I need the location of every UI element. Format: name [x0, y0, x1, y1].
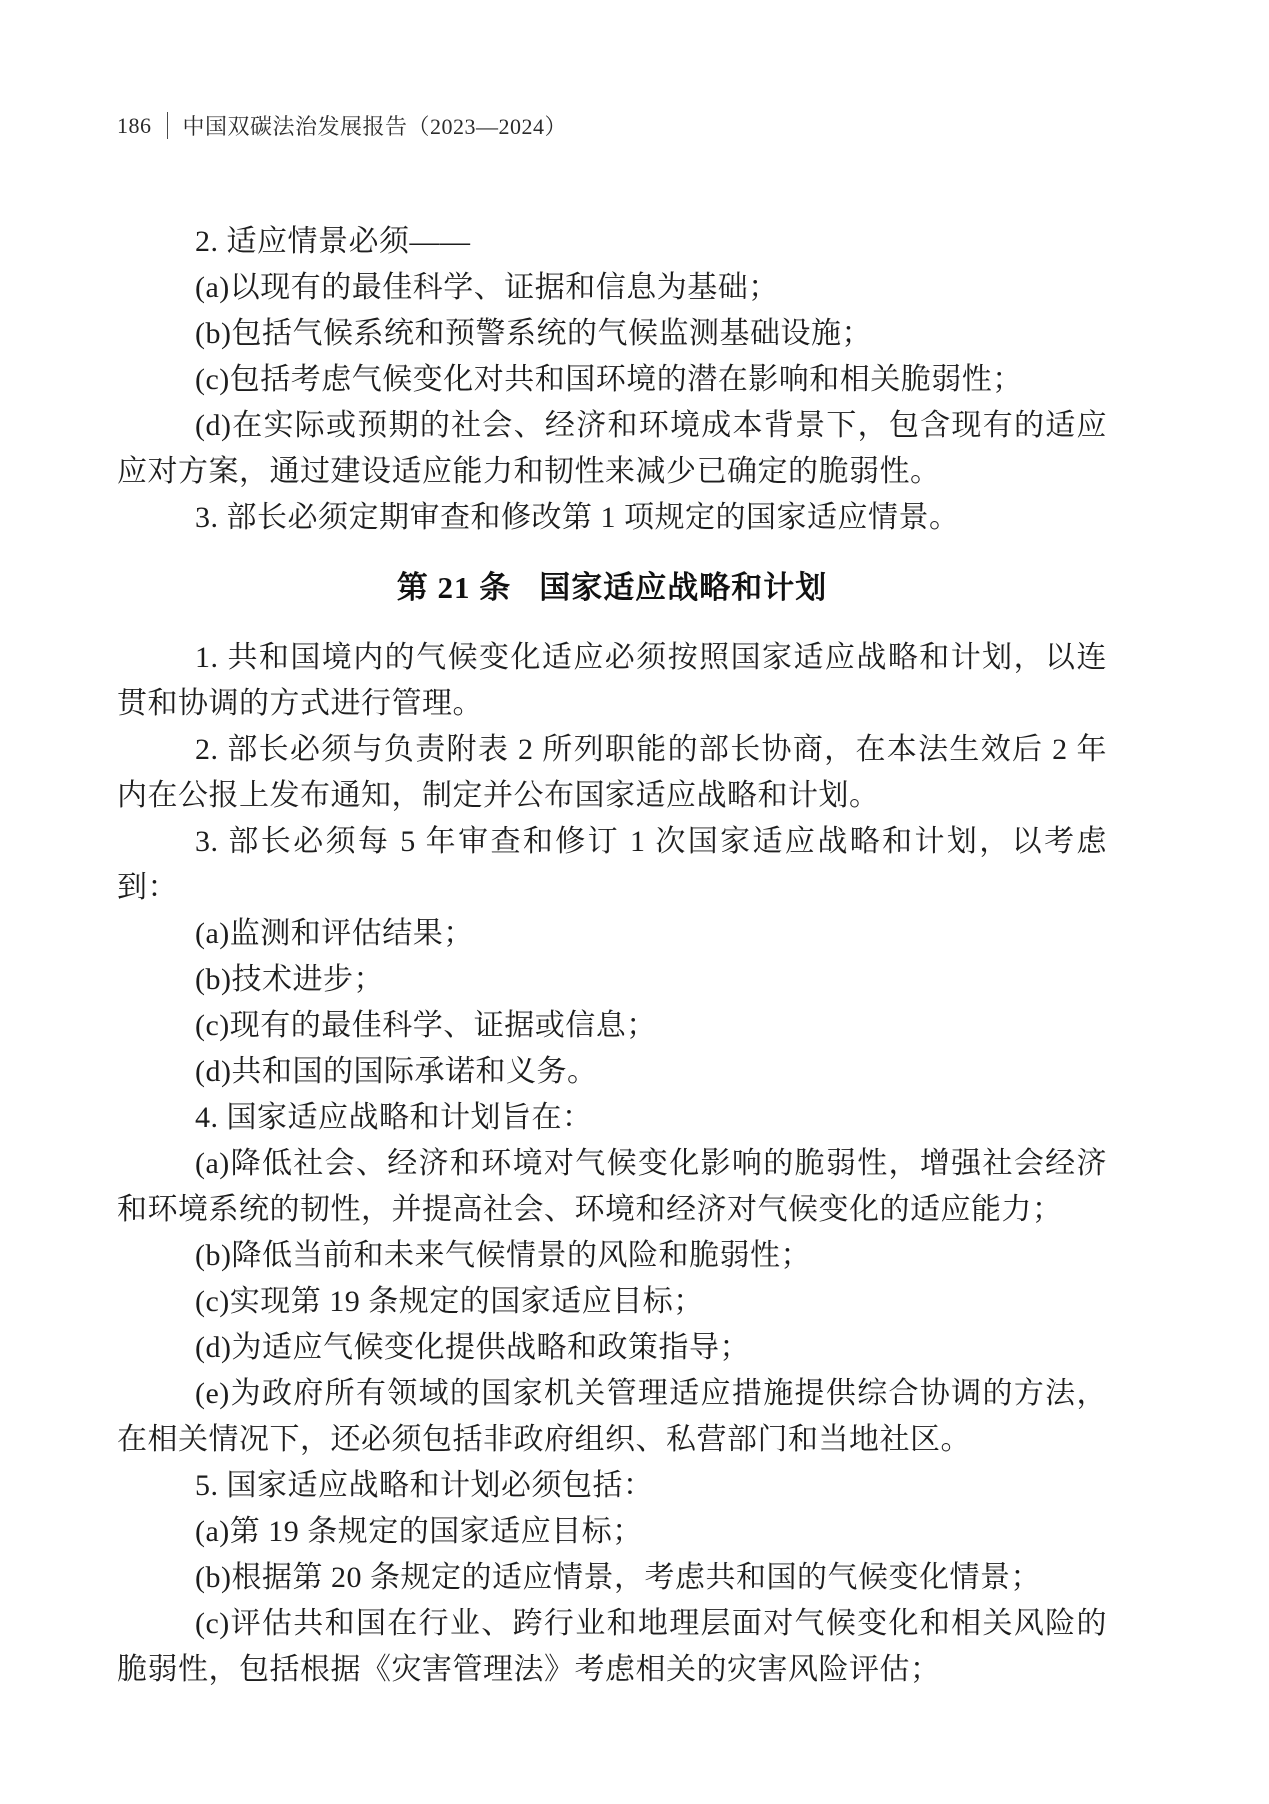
paragraph: (a)第 19 条规定的国家适应目标；: [117, 1509, 1107, 1555]
header-divider-rule: [167, 112, 168, 139]
paragraph: 2. 部长必须与负责附表 2 所列职能的部长协商，在本法生效后 2 年内在公报上…: [117, 727, 1107, 819]
section-heading: 第 21 条国家适应战略和计划: [117, 565, 1107, 611]
paragraph: (a)监测和评估结果；: [117, 911, 1107, 957]
paragraph: (b)降低当前和未来气候情景的风险和脆弱性；: [117, 1233, 1107, 1279]
paragraph: 5. 国家适应战略和计划必须包括：: [117, 1463, 1107, 1509]
paragraph: (a)降低社会、经济和环境对气候变化影响的脆弱性，增强社会经济和环境系统的韧性，…: [117, 1141, 1107, 1233]
paragraph: 4. 国家适应战略和计划旨在：: [117, 1095, 1107, 1141]
paragraph: (d)为适应气候变化提供战略和政策指导；: [117, 1325, 1107, 1371]
paragraph: (e)为政府所有领域的国家机关管理适应措施提供综合协调的方法，在相关情况下，还必…: [117, 1371, 1107, 1463]
document-page: { "colors": { "background": "#ffffff", "…: [0, 0, 1269, 1804]
paragraph: (b)包括气候系统和预警系统的气候监测基础设施；: [117, 311, 1107, 357]
paragraph: (d)共和国的国际承诺和义务。: [117, 1049, 1107, 1095]
paragraph: (c)评估共和国在行业、跨行业和地理层面对气候变化和相关风险的脆弱性，包括根据《…: [117, 1601, 1107, 1693]
paragraph: 3. 部长必须每 5 年审查和修订 1 次国家适应战略和计划，以考虑到：: [117, 819, 1107, 911]
paragraph: 1. 共和国境内的气候变化适应必须按照国家适应战略和计划，以连贯和协调的方式进行…: [117, 635, 1107, 727]
section-heading-number: 第 21 条: [397, 570, 512, 605]
paragraph: (d)在实际或预期的社会、经济和环境成本背景下，包含现有的适应应对方案，通过建设…: [117, 403, 1107, 495]
paragraph: (b)根据第 20 条规定的适应情景，考虑共和国的气候变化情景；: [117, 1555, 1107, 1601]
book-title: 中国双碳法治发展报告（2023—2024）: [183, 110, 568, 141]
paragraph: (a)以现有的最佳科学、证据和信息为基础；: [117, 265, 1107, 311]
paragraph: 2. 适应情景必须——: [117, 219, 1107, 265]
paragraph: (c)现有的最佳科学、证据或信息；: [117, 1003, 1107, 1049]
paragraph: (c)实现第 19 条规定的国家适应目标；: [117, 1279, 1107, 1325]
page-number: 186: [117, 113, 152, 139]
paragraph: 3. 部长必须定期审查和修改第 1 项规定的国家适应情景。: [117, 495, 1107, 541]
page-body-text: 2. 适应情景必须—— (a)以现有的最佳科学、证据和信息为基础； (b)包括气…: [117, 219, 1107, 1693]
running-header: 186 中国双碳法治发展报告（2023—2024）: [117, 110, 567, 141]
section-heading-title: 国家适应战略和计划: [539, 570, 827, 605]
paragraph: (c)包括考虑气候变化对共和国环境的潜在影响和相关脆弱性；: [117, 357, 1107, 403]
paragraph: (b)技术进步；: [117, 957, 1107, 1003]
